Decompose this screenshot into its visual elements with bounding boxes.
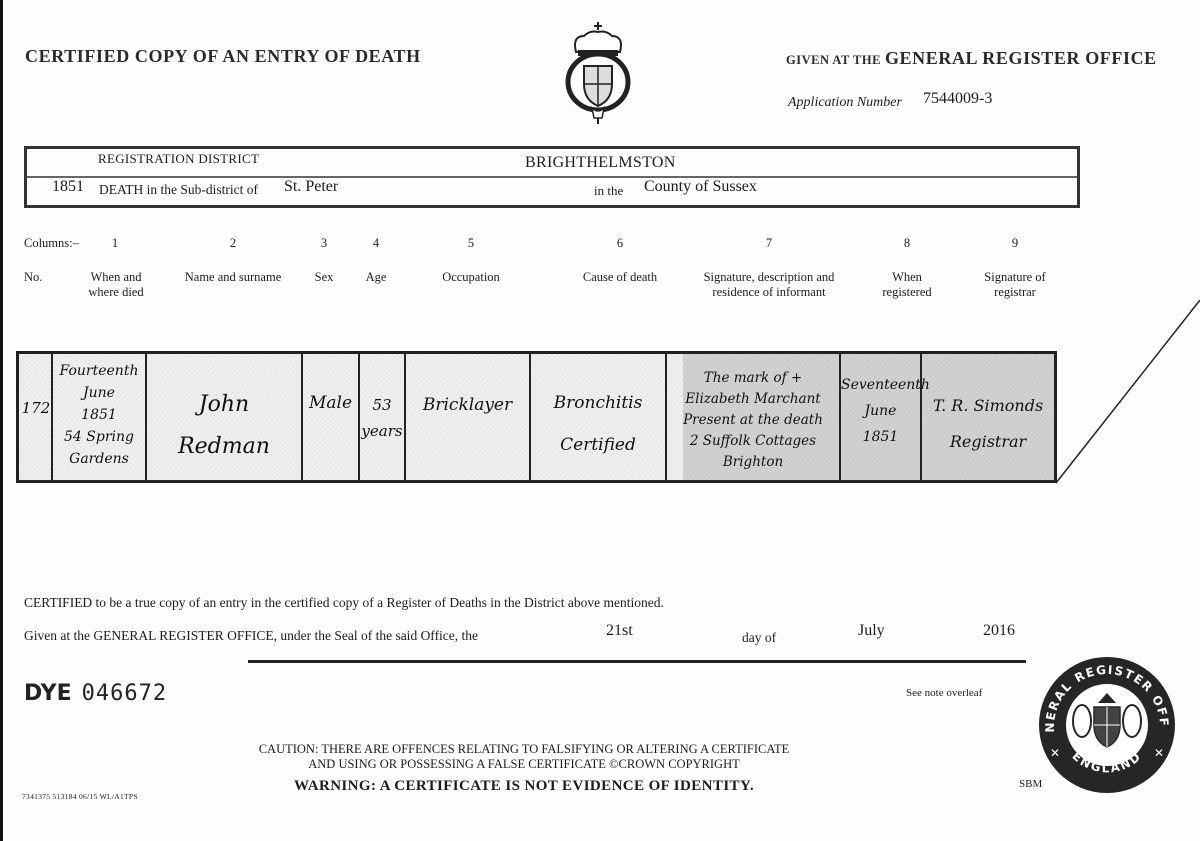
registered-year: 1851 [841, 424, 920, 450]
subdistrict-value: St. Peter [284, 178, 338, 196]
given-at-label: GIVEN AT THE [786, 53, 881, 67]
column-number-7: 7 [749, 236, 789, 251]
cause-of-death: Bronchitis Certified [531, 382, 665, 466]
age-value: 53 years [360, 392, 404, 444]
informant-name: Elizabeth Marchant [667, 389, 839, 410]
deceased-name: John Redman [147, 384, 301, 468]
column-header-cause: Cause of death [570, 270, 670, 285]
column-divider [301, 354, 303, 480]
document-title: CERTIFIED COPY OF AN ENTRY OF DEATH [25, 46, 421, 67]
column-header-sex: Sex [304, 270, 344, 285]
occupation-value: Bricklayer [406, 396, 529, 415]
entry-number: 172 [21, 399, 51, 418]
registrar-title: Registrar [922, 424, 1054, 460]
general-register-office-seal-icon: GENERAL REGISTER OFFICE ENGLAND ✕ ✕ [1032, 655, 1182, 795]
royal-crest-icon [562, 22, 634, 124]
when-where-died: Fourteenth June 1851 54 Spring Gardens [53, 360, 145, 470]
registrar-name: T. R. Simonds [922, 388, 1054, 424]
column-number-5: 5 [451, 236, 491, 251]
issue-month: July [858, 622, 885, 640]
first-name: John [147, 384, 301, 426]
death-address-line1: 54 Spring [53, 426, 145, 448]
when-registered: Seventeenth June 1851 [841, 372, 920, 450]
column-header-no: No. [24, 270, 42, 285]
column-number-6: 6 [600, 236, 640, 251]
death-entry-row: 172 Fourteenth June 1851 54 Spring Garde… [16, 351, 1057, 483]
in-the-label: in the [594, 183, 623, 199]
informant-residence-line1: 2 Suffolk Cottages [667, 431, 839, 452]
column-header-occupation: Occupation [421, 270, 521, 285]
county-value: County of Sussex [644, 178, 757, 196]
given-statement: Given at the GENERAL REGISTER OFFICE, un… [24, 628, 478, 644]
certificate-serial: DYE046672 [24, 681, 167, 706]
death-address-line2: Gardens [53, 448, 145, 470]
identity-warning: WARNING: A CERTIFICATE IS NOT EVIDENCE O… [0, 778, 1048, 795]
caution-line-1: CAUTION: THERE ARE OFFENCES RELATING TO … [0, 742, 1048, 757]
office-name: GENERAL REGISTER OFFICE [885, 48, 1157, 68]
death-day: Fourteenth [53, 360, 145, 382]
column-number-4: 4 [356, 236, 396, 251]
registered-month: June [841, 398, 920, 424]
cause-certified: Certified [531, 424, 665, 466]
registered-day: Seventeenth [841, 372, 920, 398]
svg-text:✕: ✕ [1154, 746, 1164, 760]
application-number: 7544009-3 [923, 90, 992, 108]
issuing-office: GIVEN AT THE GENERAL REGISTER OFFICE [786, 48, 1157, 69]
certified-statement: CERTIFIED to be a true copy of an entry … [24, 595, 664, 611]
registration-year: 1851 [52, 178, 84, 196]
death-month: June [53, 382, 145, 404]
registration-district-label: REGISTRATION DISTRICT [98, 151, 259, 167]
column-number-3: 3 [304, 236, 344, 251]
svg-text:✕: ✕ [1050, 746, 1060, 760]
column-number-1: 1 [95, 236, 135, 251]
column-number-9: 9 [995, 236, 1035, 251]
issue-day: 21st [606, 622, 633, 640]
caution-line-2: AND USING OR POSSESSING A FALSE CERTIFIC… [0, 757, 1048, 772]
informant-details: The mark of + Elizabeth Marchant Present… [667, 368, 839, 473]
informant-mark: The mark of + [667, 368, 839, 389]
serial-prefix: DYE [24, 681, 72, 706]
see-note-overleaf: See note overleaf [906, 687, 982, 699]
column-header-name: Name and surname [170, 270, 296, 285]
print-codes: 7341375 513184 06/15 WL/A1TPS [22, 792, 138, 801]
cancellation-line [1056, 300, 1200, 485]
column-header-informant: Signature, description and residence of … [696, 270, 842, 300]
surname: Redman [147, 426, 301, 468]
column-header-when-where: When and where died [80, 270, 152, 300]
column-header-age: Age [356, 270, 396, 285]
age-unit: years [360, 418, 404, 444]
application-number-label: Application Number [788, 95, 902, 111]
columns-label: Columns:– [24, 236, 79, 251]
column-header-registrar: Signature of registrar [975, 270, 1055, 300]
cause-value: Bronchitis [531, 382, 665, 424]
column-header-when-registered: When registered [872, 270, 942, 300]
column-number-2: 2 [213, 236, 253, 251]
signature-rule [248, 660, 1026, 663]
day-of-label: day of [742, 630, 776, 646]
death-year: 1851 [53, 404, 145, 426]
column-divider [404, 354, 406, 480]
age-number: 53 [360, 392, 404, 418]
registrar-signature: T. R. Simonds Registrar [922, 388, 1054, 460]
sex-value: Male [303, 394, 358, 413]
informant-residence-line2: Brighton [667, 452, 839, 473]
column-number-8: 8 [887, 236, 927, 251]
registration-district-value: BRIGHTHELMSTON [525, 154, 676, 172]
district-divider [27, 176, 1077, 178]
page-edge [0, 0, 3, 841]
issue-year: 2016 [983, 622, 1015, 640]
subdistrict-label: DEATH in the Sub-district of [99, 182, 258, 198]
serial-number: 046672 [82, 681, 167, 706]
informant-description: Present at the death [667, 410, 839, 431]
